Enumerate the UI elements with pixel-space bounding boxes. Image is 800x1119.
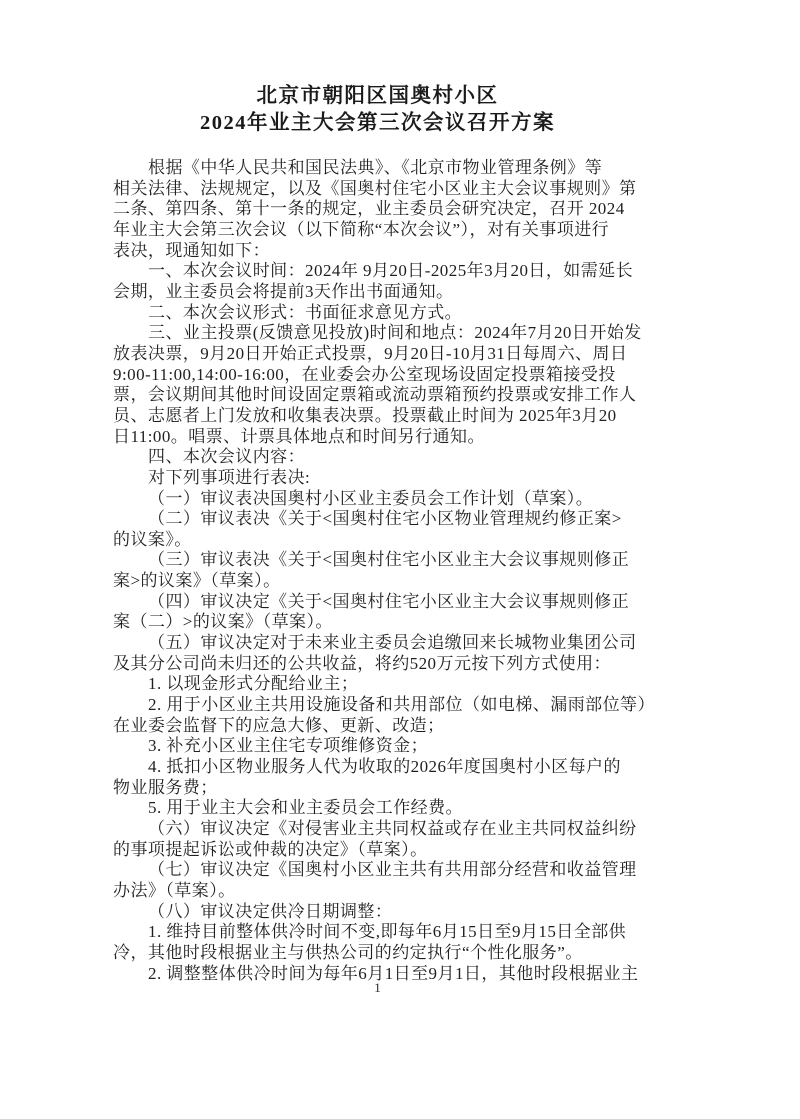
page-number: 1 [113, 980, 642, 996]
document-title: 北京市朝阳区国奥村小区 2024年业主大会第三次会议召开方案 [113, 83, 642, 136]
text-line: 1. 以现金形式分配给业主； [113, 674, 642, 695]
text-line: 二、本次会议形式：书面征求意见方式。 [113, 303, 642, 324]
text-line: 员、志愿者上门发放和收集表决票。投票截止时间为 2025年3月20 [113, 406, 642, 427]
document-body: 根据《中华人民共和国民法典》、《北京市物业管理条例》等相关法律、法规规定，以及《… [113, 158, 642, 984]
text-line: 物业服务费； [113, 778, 642, 799]
text-line: 9:00-11:00,14:00-16:00，在业委会办公室现场设固定投票箱接受… [113, 365, 642, 386]
text-line: 日11:00。唱票、计票具体地点和时间另行通知。 [113, 427, 642, 448]
text-line: 根据《中华人民共和国民法典》、《北京市物业管理条例》等 [113, 158, 642, 179]
text-line: （八）审议决定供冷日期调整： [113, 902, 642, 923]
text-line: 表决，现通知如下： [113, 241, 642, 262]
text-line: （三）审议表决《关于<国奥村住宅小区业主大会议事规则修正 [113, 550, 642, 571]
document-page: 北京市朝阳区国奥村小区 2024年业主大会第三次会议召开方案 根据《中华人民共和… [0, 0, 800, 1119]
title-line-1: 北京市朝阳区国奥村小区 [113, 83, 642, 110]
text-line: 1. 维持目前整体供冷时间不变,即每年6月15日至9月15日全部供 [113, 922, 642, 943]
title-line-2: 2024年业主大会第三次会议召开方案 [113, 110, 642, 137]
text-line: 三、业主投票(反馈意见投放)时间和地点：2024年7月20日开始发 [113, 323, 642, 344]
text-line: 5. 用于业主大会和业主委员会工作经费。 [113, 798, 642, 819]
content-column: 北京市朝阳区国奥村小区 2024年业主大会第三次会议召开方案 根据《中华人民共和… [113, 0, 642, 1119]
text-line: 2. 用于小区业主共用设施设备和共用部位（如电梯、漏雨部位等） [113, 695, 642, 716]
text-line: 办法》（草案）。 [113, 881, 642, 902]
text-line: 的事项提起诉讼或仲裁的决定》（草案）。 [113, 840, 642, 861]
text-line: 冷，其他时段根据业主与供热公司的约定执行“个性化服务”。 [113, 943, 642, 964]
text-line: 会期，业主委员会将提前3天作出书面通知。 [113, 282, 642, 303]
text-line: 年业主大会第三次会议（以下简称“本次会议”），对有关事项进行 [113, 220, 642, 241]
text-line: 在业委会监督下的应急大修、更新、改造； [113, 716, 642, 737]
text-line: （六）审议决定《对侵害业主共同权益或存在业主共同权益纠纷 [113, 819, 642, 840]
text-line: 案（二）>的议案》（草案）。 [113, 612, 642, 633]
text-line: 对下列事项进行表决: [113, 468, 642, 489]
text-line: 相关法律、法规规定，以及《国奥村住宅小区业主大会议事规则》第 [113, 179, 642, 200]
text-line: 四、本次会议内容： [113, 447, 642, 468]
text-line: 4. 抵扣小区物业服务人代为收取的2026年度国奥村小区每户的 [113, 757, 642, 778]
text-line: 及其分公司尚未归还的公共收益，将约520万元按下列方式使用： [113, 654, 642, 675]
text-line: 案>的议案》（草案）。 [113, 571, 642, 592]
text-line: 的议案》。 [113, 530, 642, 551]
text-line: （一）审议表决国奥村小区业主委员会工作计划（草案）。 [113, 489, 642, 510]
text-line: （二）审议表决《关于<国奥村住宅小区物业管理规约修正案> [113, 509, 642, 530]
text-line: 二条、第四条、第十一条的规定，业主委员会研究决定，召开 2024 [113, 199, 642, 220]
text-line: 放表决票，9月20日开始正式投票，9月20日-10月31日每周六、周日 [113, 344, 642, 365]
text-line: （五）审议决定对于未来业主委员会追缴回来长城物业集团公司 [113, 633, 642, 654]
text-line: 一、本次会议时间：2024年 9月20日-2025年3月20日，如需延长 [113, 261, 642, 282]
text-line: 3. 补充小区业主住宅专项维修资金； [113, 736, 642, 757]
text-line: （四）审议决定《关于<国奥村住宅小区业主大会议事规则修正 [113, 592, 642, 613]
text-line: 票，会议期间其他时间设固定票箱或流动票箱预约投票或安排工作人 [113, 385, 642, 406]
text-line: （七）审议决定《国奥村小区业主共有共用部分经营和收益管理 [113, 860, 642, 881]
